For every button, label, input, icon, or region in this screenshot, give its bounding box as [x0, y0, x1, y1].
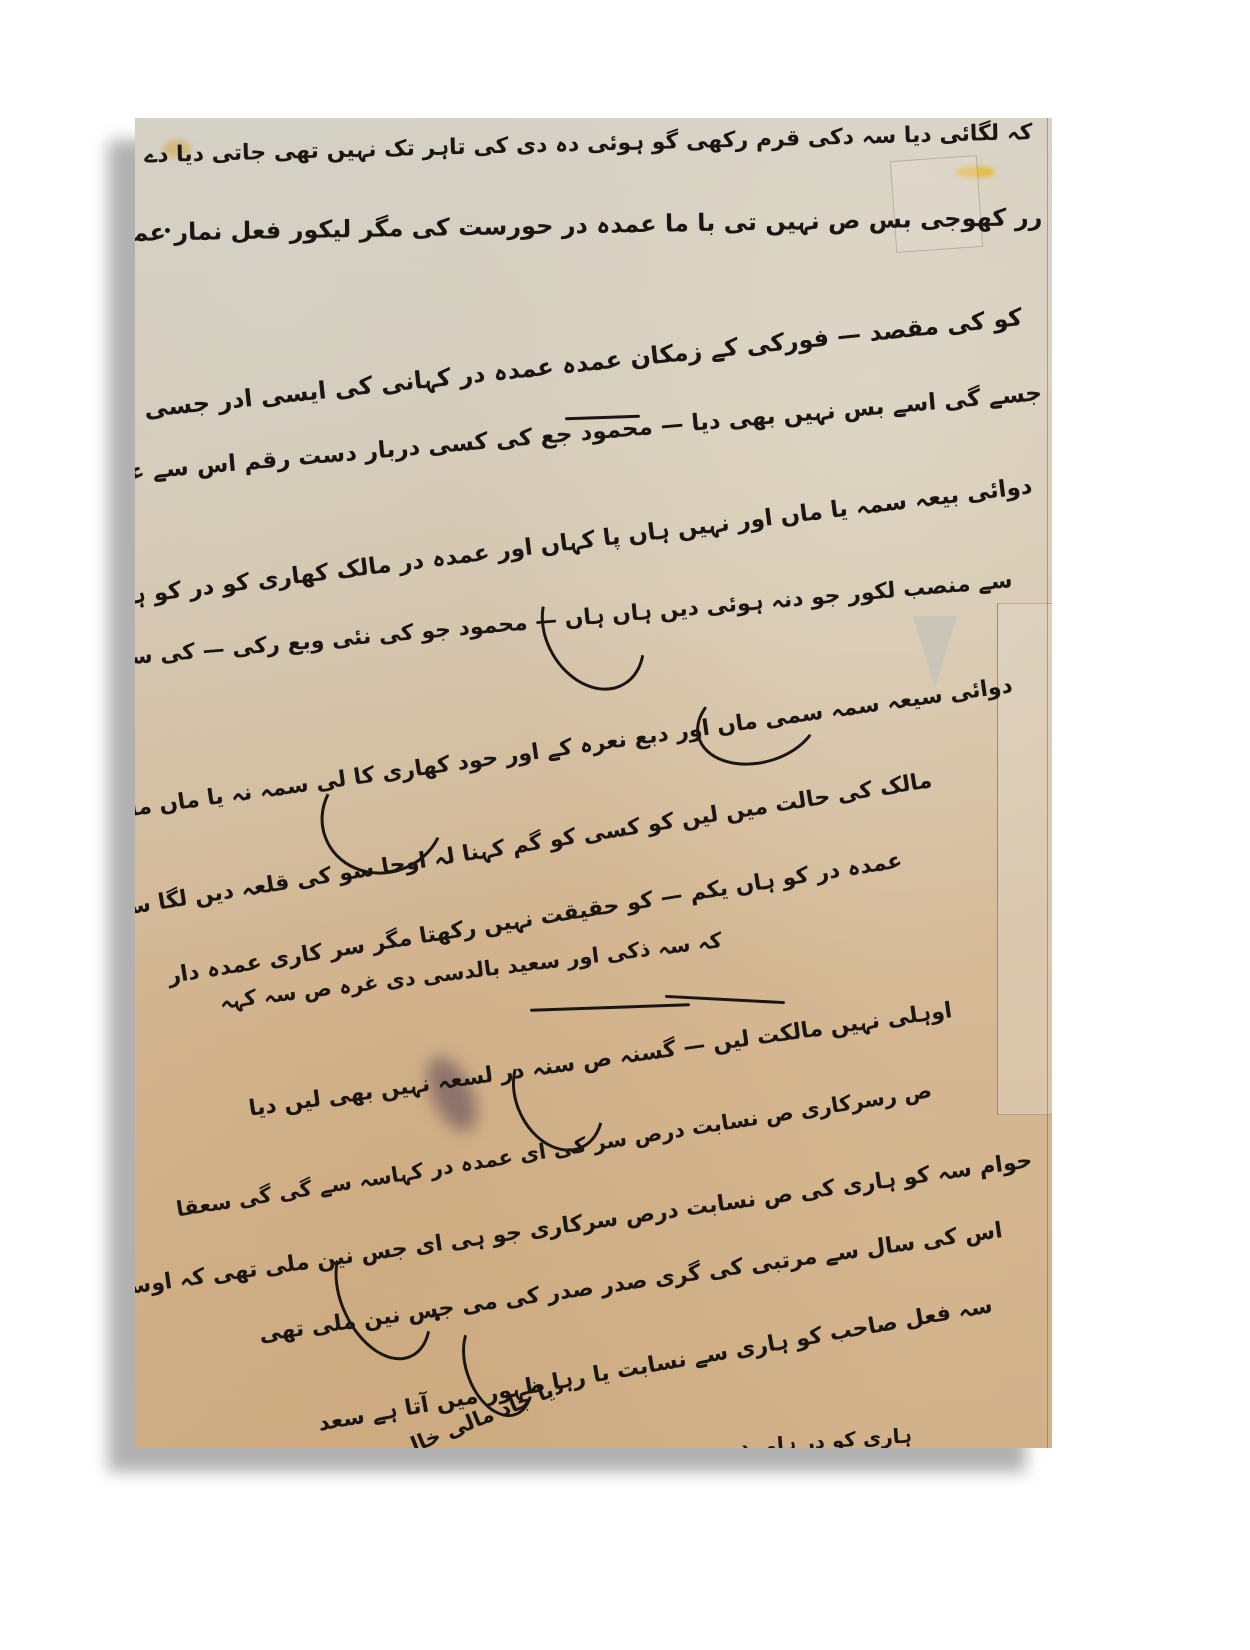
torn-corner-triangle — [913, 616, 957, 688]
manuscript-line: دوائی سیعہ سمہ سمی ماں اور دبع نعرہ کے ا… — [135, 673, 1014, 840]
paper-edge — [1047, 118, 1048, 1448]
pen-stroke — [530, 1003, 690, 1012]
pen-loop — [686, 663, 830, 779]
manuscript-page: کہ لگائی دیا سہ دکی قرم رکھی گو ہوئی دہ … — [135, 118, 1052, 1448]
manuscript-line: ہاری کو در ہلی دیں — [713, 1423, 913, 1448]
ink-dot — [165, 228, 170, 233]
ink-dot — [435, 1316, 440, 1321]
pen-loop — [520, 552, 666, 709]
